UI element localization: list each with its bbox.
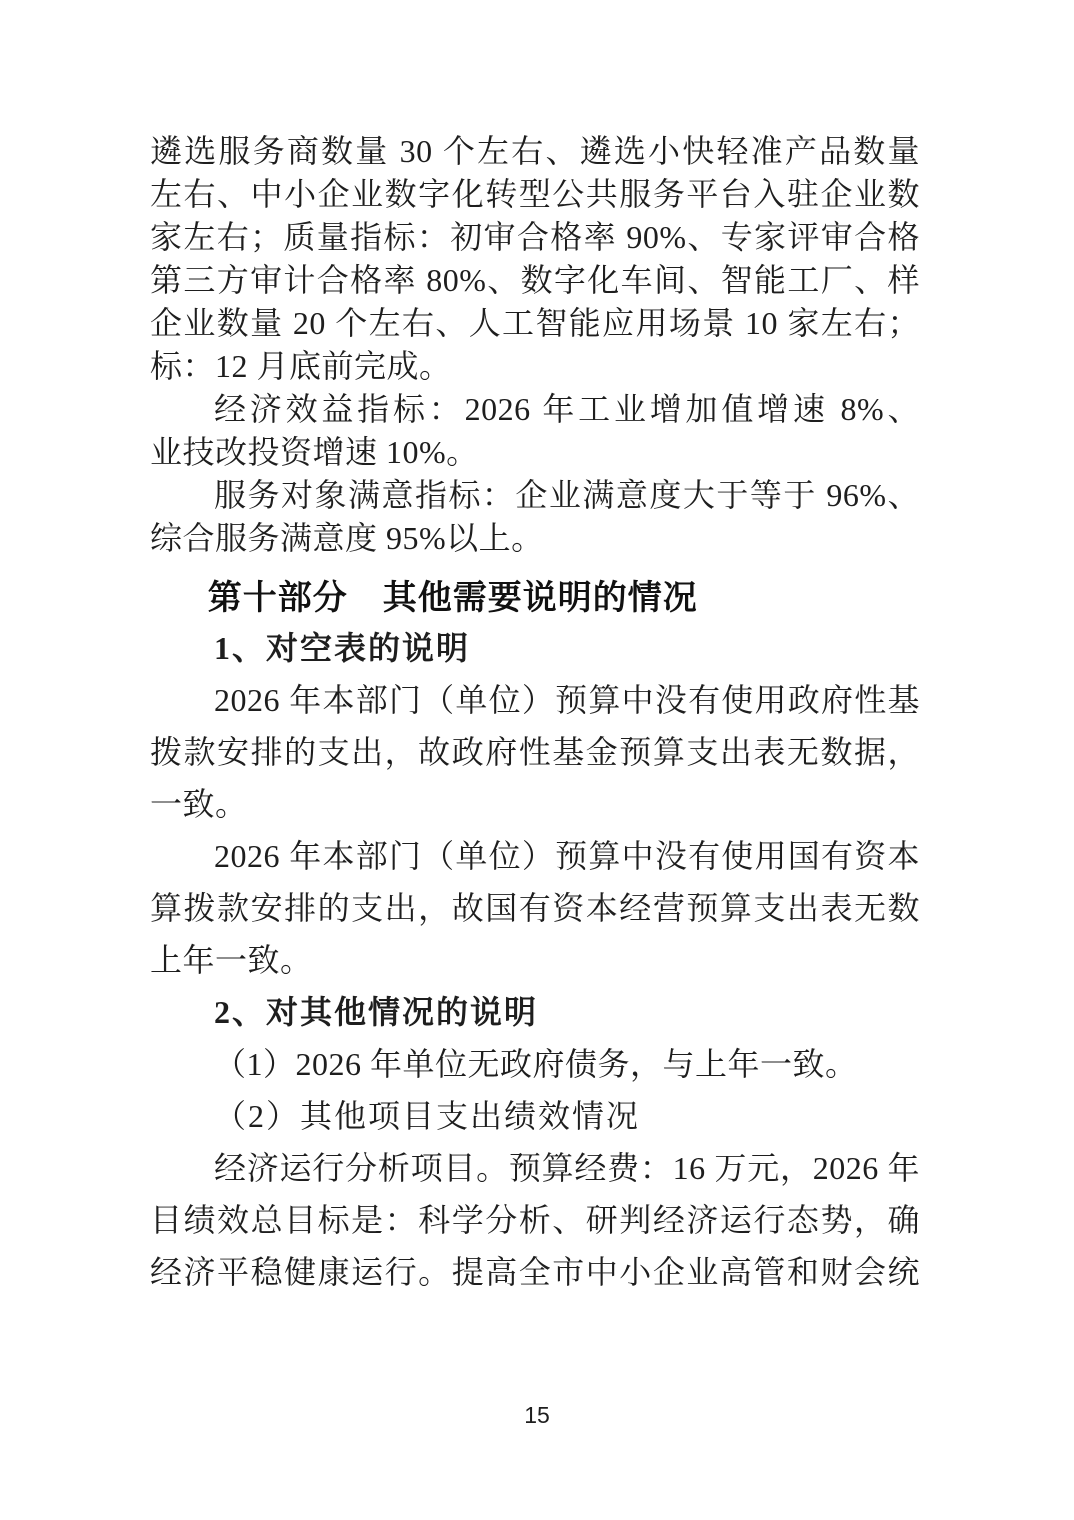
project-line: 经济运行分析项目。预算经费：16 万元，2026 年度项: [150, 1142, 920, 1194]
satisfaction-line: 服务对象满意指标：企业满意度大于等于 96%、全流程: [150, 474, 920, 517]
carryover-line: 标：12 月底前完成。: [150, 345, 920, 388]
carryover-line: 家左右；质量指标：初审合格率 90%、专家评审合格率 80%、: [150, 216, 920, 259]
section-heading: 第十部分 其他需要说明的情况: [150, 574, 920, 622]
state-capital-line: 2026 年本部门（单位）预算中没有使用国有资本经营预: [150, 830, 920, 882]
satisfaction-line: 综合服务满意度 95%以上。: [150, 517, 920, 560]
economic-benefit-line: 经济效益指标：2026 年工业增加值增速 8%、2026 年工: [150, 388, 920, 431]
project-line: 目绩效总目标是：科学分析、研判经济运行态势，确保工业: [150, 1194, 920, 1246]
gov-fund-line: 拨款安排的支出，故政府性基金预算支出表无数据，与上年: [150, 726, 920, 778]
economic-benefit-line: 业技改投资增速 10%。: [150, 431, 920, 474]
page-footer: 15: [0, 1402, 1074, 1429]
subsection-2-heading: 2、对其他情况的说明: [150, 986, 920, 1038]
carryover-line: 遴选服务商数量 30 个左右、遴选小快轻准产品数量 100 个: [150, 130, 920, 173]
state-capital-line: 上年一致。: [150, 934, 920, 986]
carryover-line: 第三方审计合格率 80%、数字化车间、智能工厂、样板标杆: [150, 259, 920, 302]
page-body: 遴选服务商数量 30 个左右、遴选小快轻准产品数量 100 个 左右、中小企业数…: [150, 130, 920, 1298]
page-number: 15: [524, 1402, 550, 1428]
carryover-line: 左右、中小企业数字化转型公共服务平台入驻企业数量 200: [150, 173, 920, 216]
gov-fund-line: 一致。: [150, 778, 920, 830]
carryover-line: 企业数量 20 个左右、人工智能应用场景 10 家左右；时效指: [150, 302, 920, 345]
subsection-2-item-1: （1）2026 年单位无政府债务，与上年一致。: [150, 1038, 920, 1090]
subsection-1-heading: 1、对空表的说明: [150, 622, 920, 674]
document-page: 遴选服务商数量 30 个左右、遴选小快轻准产品数量 100 个 左右、中小企业数…: [0, 0, 1074, 1520]
project-line: 经济平稳健康运行。提高全市中小企业高管和财会统计人员: [150, 1246, 920, 1298]
gov-fund-line: 2026 年本部门（单位）预算中没有使用政府性基金预算: [150, 674, 920, 726]
subsection-2-item-2-heading: （2）其他项目支出绩效情况: [150, 1090, 920, 1142]
state-capital-line: 算拨款安排的支出，故国有资本经营预算支出表无数据，与: [150, 882, 920, 934]
